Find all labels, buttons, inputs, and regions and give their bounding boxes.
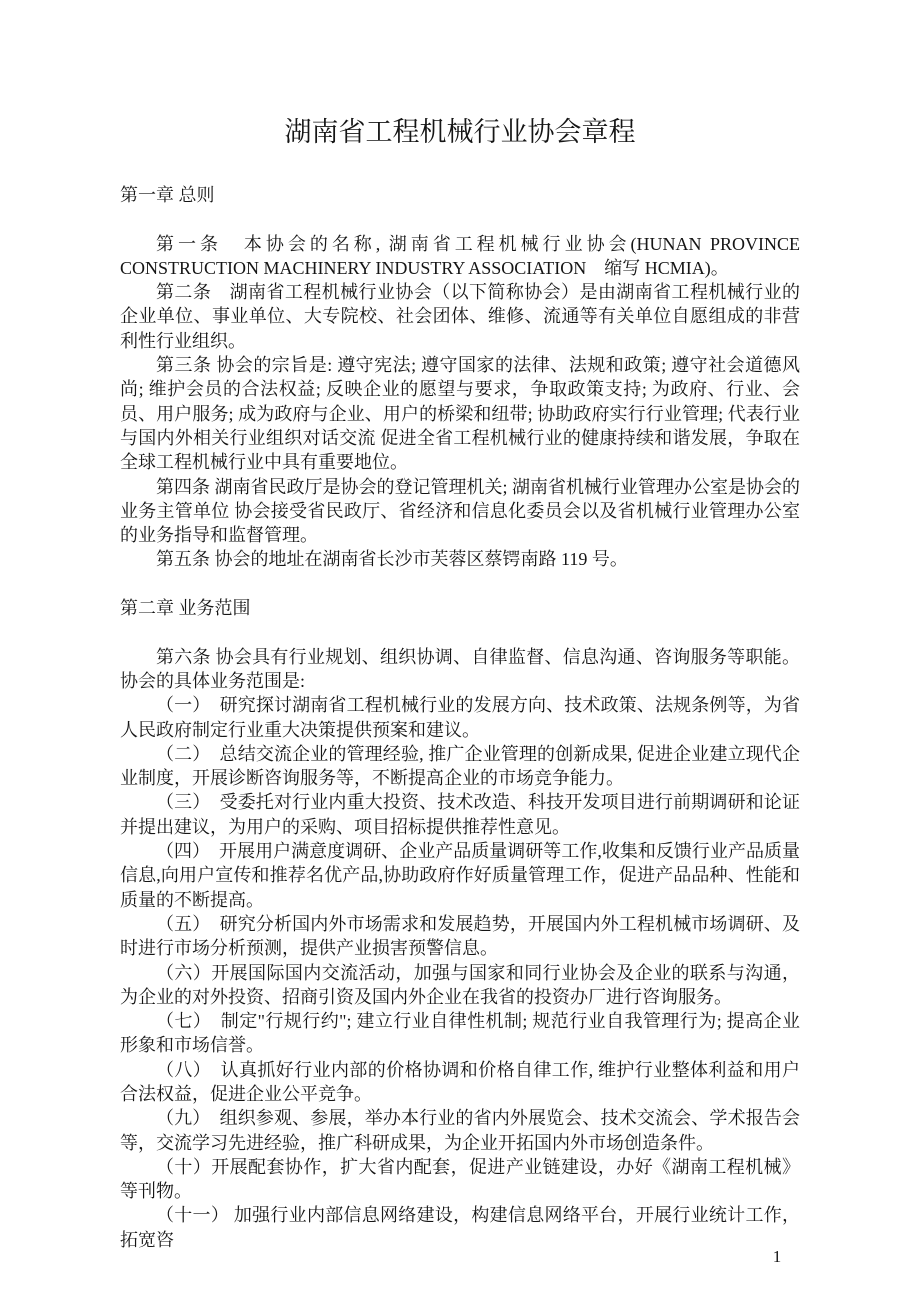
paragraph: （九） 组织参观、参展，举办本行业的省内外展览会、技术交流会、学术报告会等，交流… (120, 1106, 800, 1155)
paragraph: （六）开展国际国内交流活动，加强与国家和同行业协会及企业的联系与沟通，为企业的对… (120, 961, 800, 1010)
paragraph: （四） 开展用户满意度调研、企业产品质量调研等工作,收集和反馈行业产品质量信息,… (120, 839, 800, 912)
paragraph: 第二条 湖南省工程机械行业协会（以下简称协会）是由湖南省工程机械行业的企业单位、… (120, 280, 800, 353)
paragraph: 第六条 协会具有行业规划、组织协调、自律监督、信息沟通、咨询服务等职能。协会的具… (120, 645, 800, 694)
document-page: 湖南省工程机械行业协会章程 第一章 总则第一条 本协会的名称, 湖南省工程机械行… (0, 0, 920, 1302)
paragraph: （十一） 加强行业内部信息网络建设，构建信息网络平台，开展行业统计工作，拓宽咨 (120, 1203, 800, 1252)
paragraph: （二） 总结交流企业的管理经验, 推广企业管理的创新成果, 促进企业建立现代企业… (120, 742, 800, 791)
paragraph: （八） 认真抓好行业内部的价格协调和价格自律工作, 维护行业整体利益和用户合法权… (120, 1058, 800, 1107)
paragraph: （一） 研究探讨湖南省工程机械行业的发展方向、技术政策、法规条例等，为省人民政府… (120, 693, 800, 742)
paragraph: 第三条 协会的宗旨是: 遵守宪法; 遵守国家的法律、法规和政策; 遵守社会道德风… (120, 353, 800, 474)
paragraph: （三） 受委托对行业内重大投资、技术改造、科技开发项目进行前期调研和论证并提出建… (120, 790, 800, 839)
document-title: 湖南省工程机械行业协会章程 (0, 0, 920, 152)
paragraph: （十）开展配套协作，扩大省内配套，促进产业链建设，办好《湖南工程机械》等刊物。 (120, 1155, 800, 1204)
paragraph: 第四条 湖南省民政厅是协会的登记管理机关; 湖南省机械行业管理办公室是协会的业务… (120, 475, 800, 548)
chapter-heading: 第一章 总则 (120, 183, 800, 207)
chapter-heading: 第二章 业务范围 (120, 596, 800, 620)
paragraph: （七） 制定"行规行约"; 建立行业自律性机制; 规范行业自我管理行为; 提高企… (120, 1009, 800, 1058)
paragraph: （五） 研究分析国内外市场需求和发展趋势，开展国内外工程机械市场调研、及时进行市… (120, 912, 800, 961)
document-body: 第一章 总则第一条 本协会的名称, 湖南省工程机械行业协会(HUNAN PROV… (120, 183, 800, 1252)
paragraph: 第一条 本协会的名称, 湖南省工程机械行业协会(HUNAN PROVINCE C… (120, 232, 800, 281)
paragraph: 第五条 协会的地址在湖南省长沙市芙蓉区蔡锷南路 119 号。 (120, 547, 800, 571)
page-number: 1 (765, 1245, 789, 1269)
